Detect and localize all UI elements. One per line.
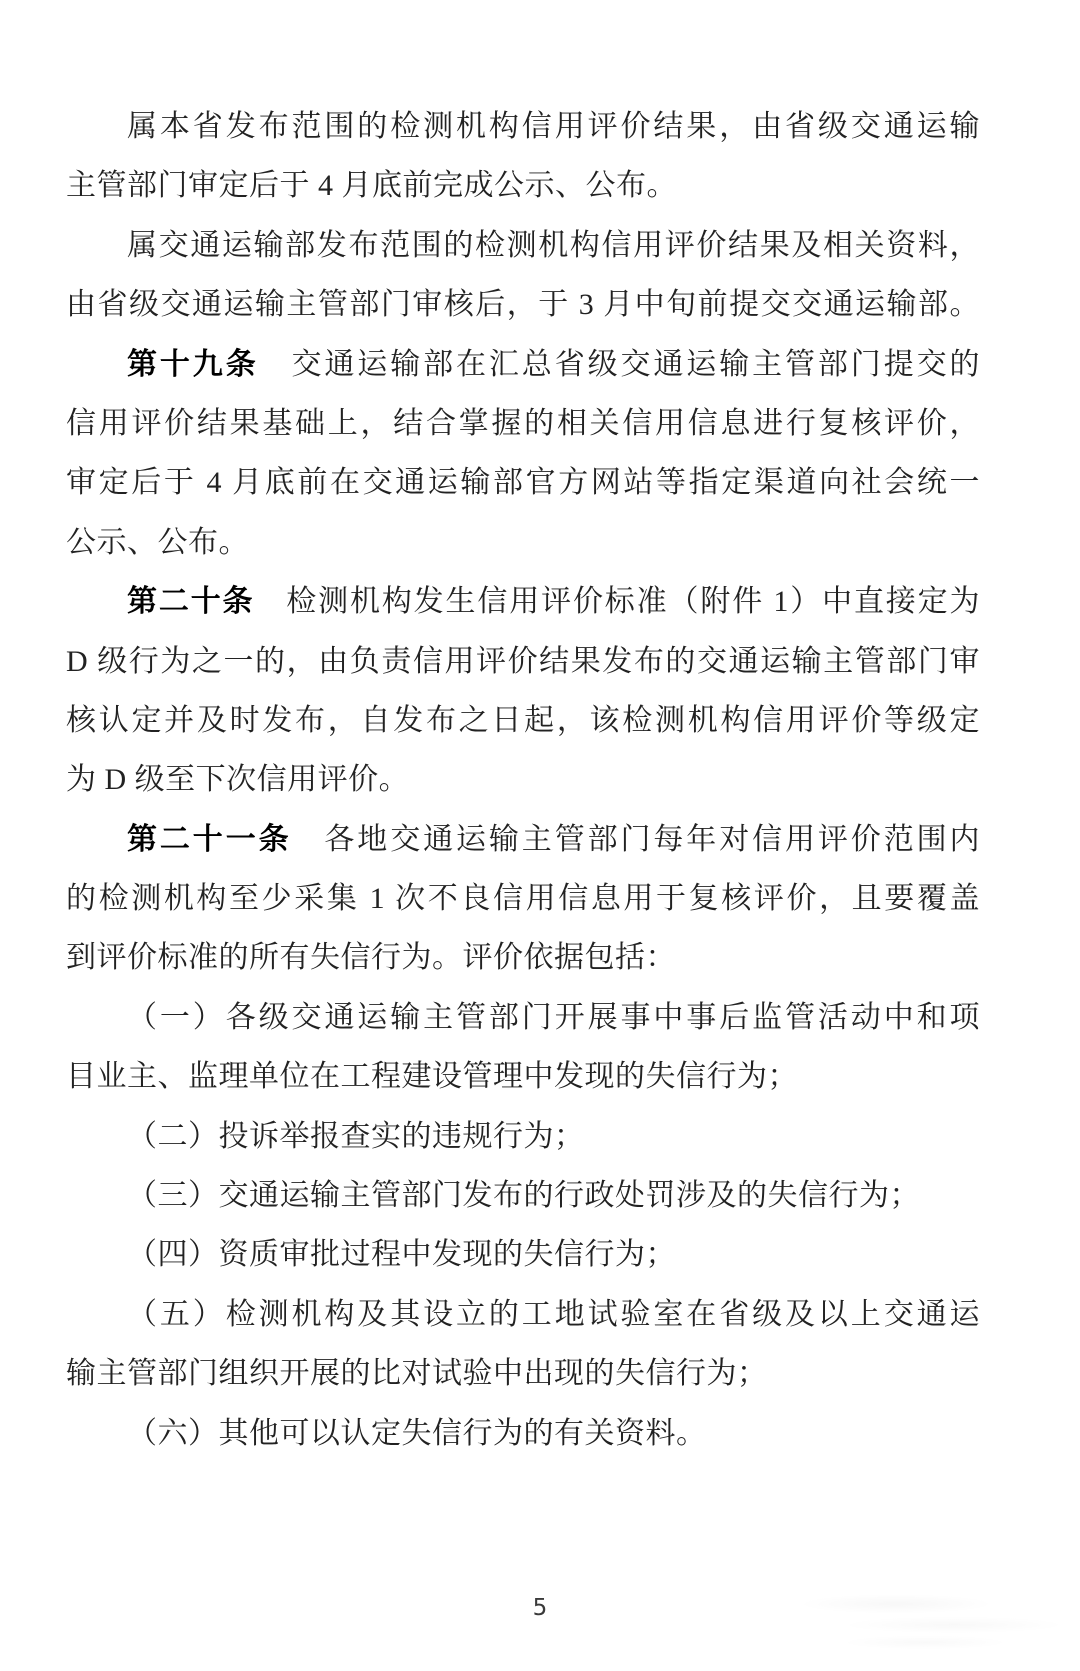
article-number: 第二十条 [127,585,254,618]
text-segment: 审定后于 4 月底前在交通运输部官方网站等指定渠道向社会统一 [66,466,980,499]
text-segment: 核认定并及时发布，自发布之日起，该检测机构信用评价等级定 [66,704,980,737]
text-segment: 到评价标准的所有失信行为。评价依据包括： [66,941,676,974]
text-line: 公示、公布。 [66,513,980,572]
text-line: （二）投诉举报查实的违规行为； [66,1107,980,1166]
text-line: 第二十条 检测机构发生信用评价标准（附件 1）中直接定为 [66,572,980,631]
text-segment: 由省级交通运输主管部门审核后，于 3 月中旬前提交交通运输部。 [66,288,980,321]
text-segment: 属本省发布范围的检测机构信用评价结果，由省级交通运输 [127,110,980,143]
text-segment: 检测机构发生信用评价标准（附件 1）中直接定为 [254,585,980,618]
document-lines: 属本省发布范围的检测机构信用评价结果，由省级交通运输主管部门审定后于 4 月底前… [66,97,980,1463]
text-segment: D 级行为之一的，由负责信用评价结果发布的交通运输主管部门审 [66,645,980,678]
text-line: 的检测机构至少采集 1 次不良信用信息用于复核评价，且要覆盖 [66,869,980,928]
text-line: 由省级交通运输主管部门审核后，于 3 月中旬前提交交通运输部。 [66,275,980,334]
text-segment: 主管部门审定后于 4 月底前完成公示、公布。 [66,169,677,202]
text-segment: 为 D 级至下次信用评价。 [66,763,409,796]
text-line: 属交通运输部发布范围的检测机构信用评价结果及相关资料， [66,216,980,275]
text-line: 第十九条 交通运输部在汇总省级交通运输主管部门提交的 [66,335,980,394]
page-number: 5 [0,1595,1080,1621]
text-line: （六）其他可以认定失信行为的有关资料。 [66,1404,980,1463]
text-line: （五）检测机构及其设立的工地试验室在省级及以上交通运 [66,1285,980,1344]
text-line: （四）资质审批过程中发现的失信行为； [66,1225,980,1284]
text-segment: 属交通运输部发布范围的检测机构信用评价结果及相关资料， [127,229,980,262]
text-line: 核认定并及时发布，自发布之日起，该检测机构信用评价等级定 [66,691,980,750]
text-line: （一）各级交通运输主管部门开展事中事后监管活动中和项 [66,988,980,1047]
text-line: 属本省发布范围的检测机构信用评价结果，由省级交通运输 [66,97,980,156]
text-line: （三）交通运输主管部门发布的行政处罚涉及的失信行为； [66,1166,980,1225]
text-segment: 信用评价结果基础上，结合掌握的相关信用信息进行复核评价， [66,407,980,440]
text-segment: （三）交通运输主管部门发布的行政处罚涉及的失信行为； [127,1179,920,1212]
text-line: 到评价标准的所有失信行为。评价依据包括： [66,928,980,987]
text-segment: （五）检测机构及其设立的工地试验室在省级及以上交通运 [127,1298,980,1331]
text-line: 目业主、监理单位在工程建设管理中发现的失信行为； [66,1047,980,1106]
text-line: 审定后于 4 月底前在交通运输部官方网站等指定渠道向社会统一 [66,453,980,512]
text-segment: 各地交通运输主管部门每年对信用评价范围内 [292,823,981,856]
text-line: 为 D 级至下次信用评价。 [66,750,980,809]
text-line: 信用评价结果基础上，结合掌握的相关信用信息进行复核评价， [66,394,980,453]
text-segment: 目业主、监理单位在工程建设管理中发现的失信行为； [66,1060,798,1093]
text-line: 主管部门审定后于 4 月底前完成公示、公布。 [66,156,980,215]
text-segment: 的检测机构至少采集 1 次不良信用信息用于复核评价，且要覆盖 [66,882,980,915]
text-line: D 级行为之一的，由负责信用评价结果发布的交通运输主管部门审 [66,632,980,691]
article-number: 第二十一条 [127,823,292,856]
text-segment: 输主管部门组织开展的比对试验中出现的失信行为； [66,1357,768,1390]
text-segment: （四）资质审批过程中发现的失信行为； [127,1238,676,1271]
article-number: 第十九条 [127,348,259,381]
text-line: 输主管部门组织开展的比对试验中出现的失信行为； [66,1344,980,1403]
text-line: 第二十一条 各地交通运输主管部门每年对信用评价范围内 [66,810,980,869]
text-segment: 公示、公布。 [66,526,249,559]
text-segment: 交通运输部在汇总省级交通运输主管部门提交的 [259,348,980,381]
text-segment: （六）其他可以认定失信行为的有关资料。 [127,1417,707,1450]
document-page: 属本省发布范围的检测机构信用评价结果，由省级交通运输主管部门审定后于 4 月底前… [0,0,1080,1671]
text-segment: （二）投诉举报查实的违规行为； [127,1120,585,1153]
text-segment: （一）各级交通运输主管部门开展事中事后监管活动中和项 [127,1001,980,1034]
